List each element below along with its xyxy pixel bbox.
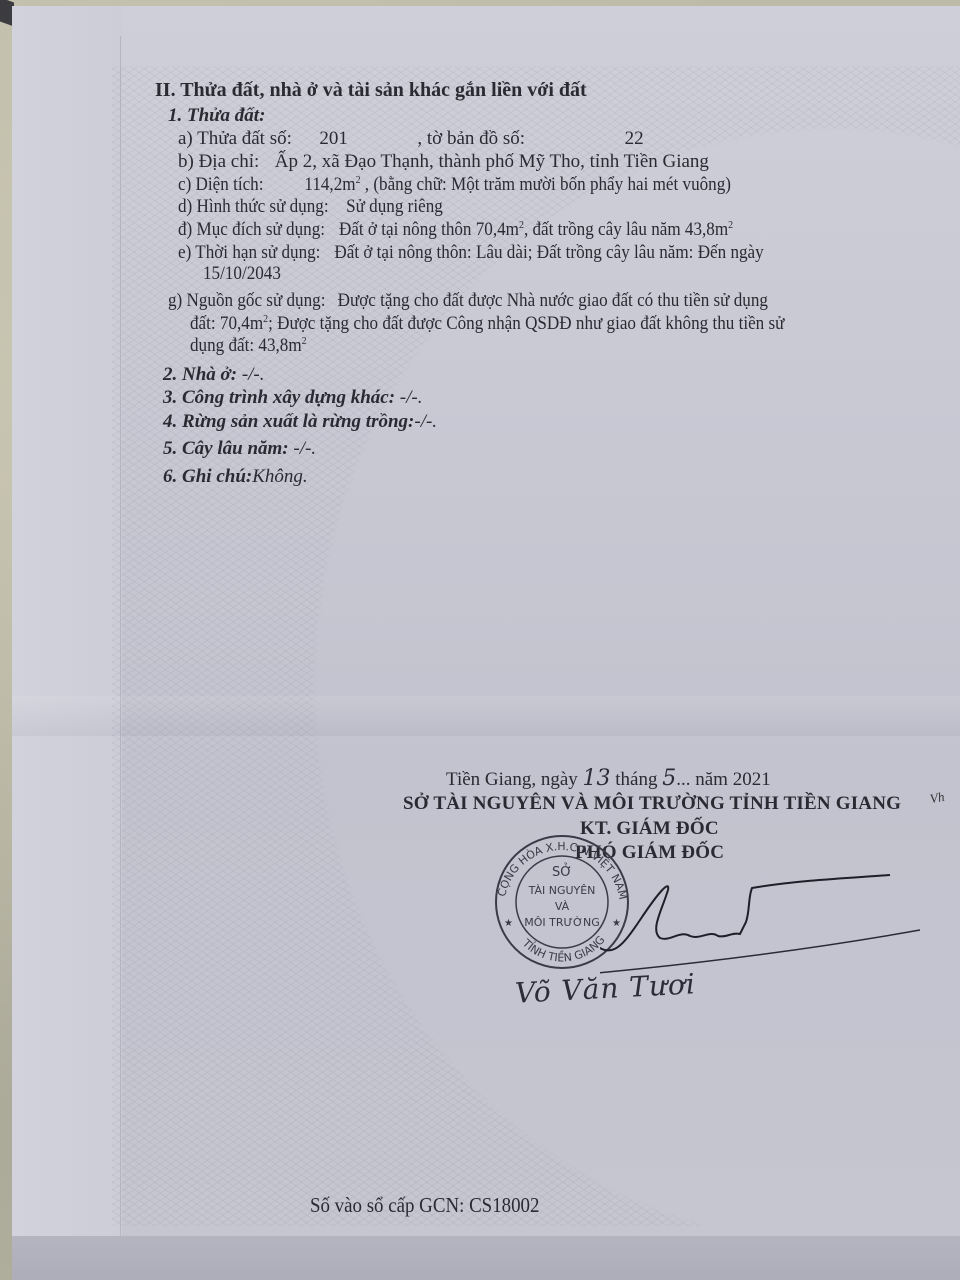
issuing-organization: SỞ TÀI NGUYÊN VÀ MÔI TRƯỜNG TỈNH TIỀN GI… (403, 793, 901, 815)
section-value: -/-. (242, 364, 265, 385)
origin-value-2a: đất: 70,4m (190, 313, 263, 334)
registry-row: Số vào sổ cấp GCN: CS18002 (310, 1194, 539, 1216)
area-value: 114,2m (304, 174, 355, 195)
usage-form-label: d) Hình thức sử dụng: (178, 196, 329, 217)
section-title: II. Thửa đất, nhà ở và tài sản khác gắn … (155, 79, 587, 101)
origin-label: g) Nguồn gốc sử dụng: (168, 290, 325, 311)
unit-sup: 2 (302, 335, 307, 347)
section-perennial-trees: 5. Cây lâu năm: -/-. (163, 438, 316, 460)
parcel-number-row: a) Thửa đất số: 201 , tờ bản đồ số: 22 (178, 128, 644, 150)
section-value: -/-. (414, 411, 437, 432)
usage-term-end-date: 15/10/2043 (203, 263, 281, 285)
seal-center-2: TÀI NGUYÊN (528, 884, 596, 897)
svg-text:★: ★ (504, 918, 513, 929)
section-production-forest: 4. Rừng sản xuất là rừng trồng:-/-. (163, 411, 437, 433)
section-label: 5. Cây lâu năm: (163, 438, 289, 459)
area-label: c) Diện tích: (178, 174, 263, 195)
usage-term-label: e) Thời hạn sử dụng: (178, 242, 320, 263)
section-other-construction: 3. Công trình xây dựng khác: -/-. (163, 387, 422, 409)
section-label: 3. Công trình xây dựng khác: (163, 387, 395, 408)
seal-center-3: VÀ (555, 900, 570, 913)
usage-term-row: e) Thời hạn sử dụng: Đất ở tại nông thôn… (178, 242, 764, 264)
address-value: Ấp 2, xã Đạo Thạnh, thành phố Mỹ Tho, tỉ… (275, 151, 709, 172)
parcel-number-value: 201 (319, 128, 348, 149)
usage-term-value: Đất ở tại nông thôn: Lâu dài; Đất trồng … (334, 242, 763, 263)
area-unit-sup: 2 (356, 174, 361, 186)
origin-row: g) Nguồn gốc sử dụng: Được tặng cho đất … (168, 290, 768, 312)
parcel-number-label: a) Thửa đất số: (178, 128, 292, 149)
usage-purpose-row: đ) Mục đích sử dụng: Đất ở tại nông thôn… (178, 219, 733, 241)
origin-value: Được tặng cho đất được Nhà nước giao đất… (338, 290, 768, 311)
usage-purpose-value-2: , đất trồng cây lâu năm 43,8m (524, 219, 728, 240)
handwritten-month: 5 (662, 766, 676, 791)
place-date: Tiền Giang, ngày 13 tháng 5... năm 2021 (446, 768, 771, 791)
section-notes: 6. Ghi chú:Không. (163, 466, 308, 488)
registry-value: CS18002 (469, 1193, 539, 1217)
year-label: năm 2021 (695, 769, 770, 790)
section-label: 2. Nhà ở: (163, 364, 237, 385)
seal-center-4: MÔI TRƯỜNG (524, 916, 600, 929)
month-label: tháng (615, 769, 657, 790)
map-sheet-label: , tờ bản đồ số: (417, 128, 525, 149)
section-house: 2. Nhà ở: -/-. (163, 364, 265, 386)
origin-value-2b: ; Được tặng cho đất được Công nhận QSDĐ … (268, 313, 784, 334)
section-value: Không. (252, 466, 307, 487)
section-value: -/-. (400, 387, 423, 408)
address-label: b) Địa chỉ: (178, 151, 259, 172)
origin-value-3: dụng đất: 43,8m (190, 335, 302, 356)
map-sheet-value: 22 (625, 128, 644, 149)
section-value: -/-. (293, 438, 316, 459)
seal-center-1: SỞ (552, 863, 572, 880)
origin-row-2: đất: 70,4m2; Được tặng cho đất được Công… (190, 313, 784, 335)
place-date-prefix: Tiền Giang, ngày (446, 769, 578, 790)
usage-form-value: Sử dụng riêng (346, 196, 443, 217)
address-row: b) Địa chỉ: Ấp 2, xã Đạo Thạnh, thành ph… (178, 151, 709, 173)
registry-label: Số vào sổ cấp GCN: (310, 1193, 464, 1217)
handwritten-day: 13 (583, 766, 611, 791)
subsection-land-parcel: 1. Thửa đất: (168, 105, 265, 127)
section-label: 4. Rừng sản xuất là rừng trồng: (163, 411, 414, 432)
section-label: 6. Ghi chú: (163, 466, 252, 487)
unit-sup: 2 (728, 219, 733, 231)
document-content: II. Thửa đất, nhà ở và tài sản khác gắn … (0, 0, 960, 1280)
initials: Vh (929, 789, 946, 807)
usage-form-row: d) Hình thức sử dụng: Sử dụng riêng (178, 196, 443, 218)
area-row: c) Diện tích: 114,2m2 , (bằng chữ: Một t… (178, 174, 731, 196)
origin-row-3: dụng đất: 43,8m2 (190, 335, 307, 357)
area-in-words: , (bằng chữ: Một trăm mười bốn phẩy hai … (365, 174, 731, 195)
usage-purpose-label: đ) Mục đích sử dụng: (178, 219, 325, 240)
usage-purpose-value-1: Đất ở tại nông thôn 70,4m (339, 219, 519, 240)
signer-name: Võ Văn Tươi (514, 967, 696, 1009)
